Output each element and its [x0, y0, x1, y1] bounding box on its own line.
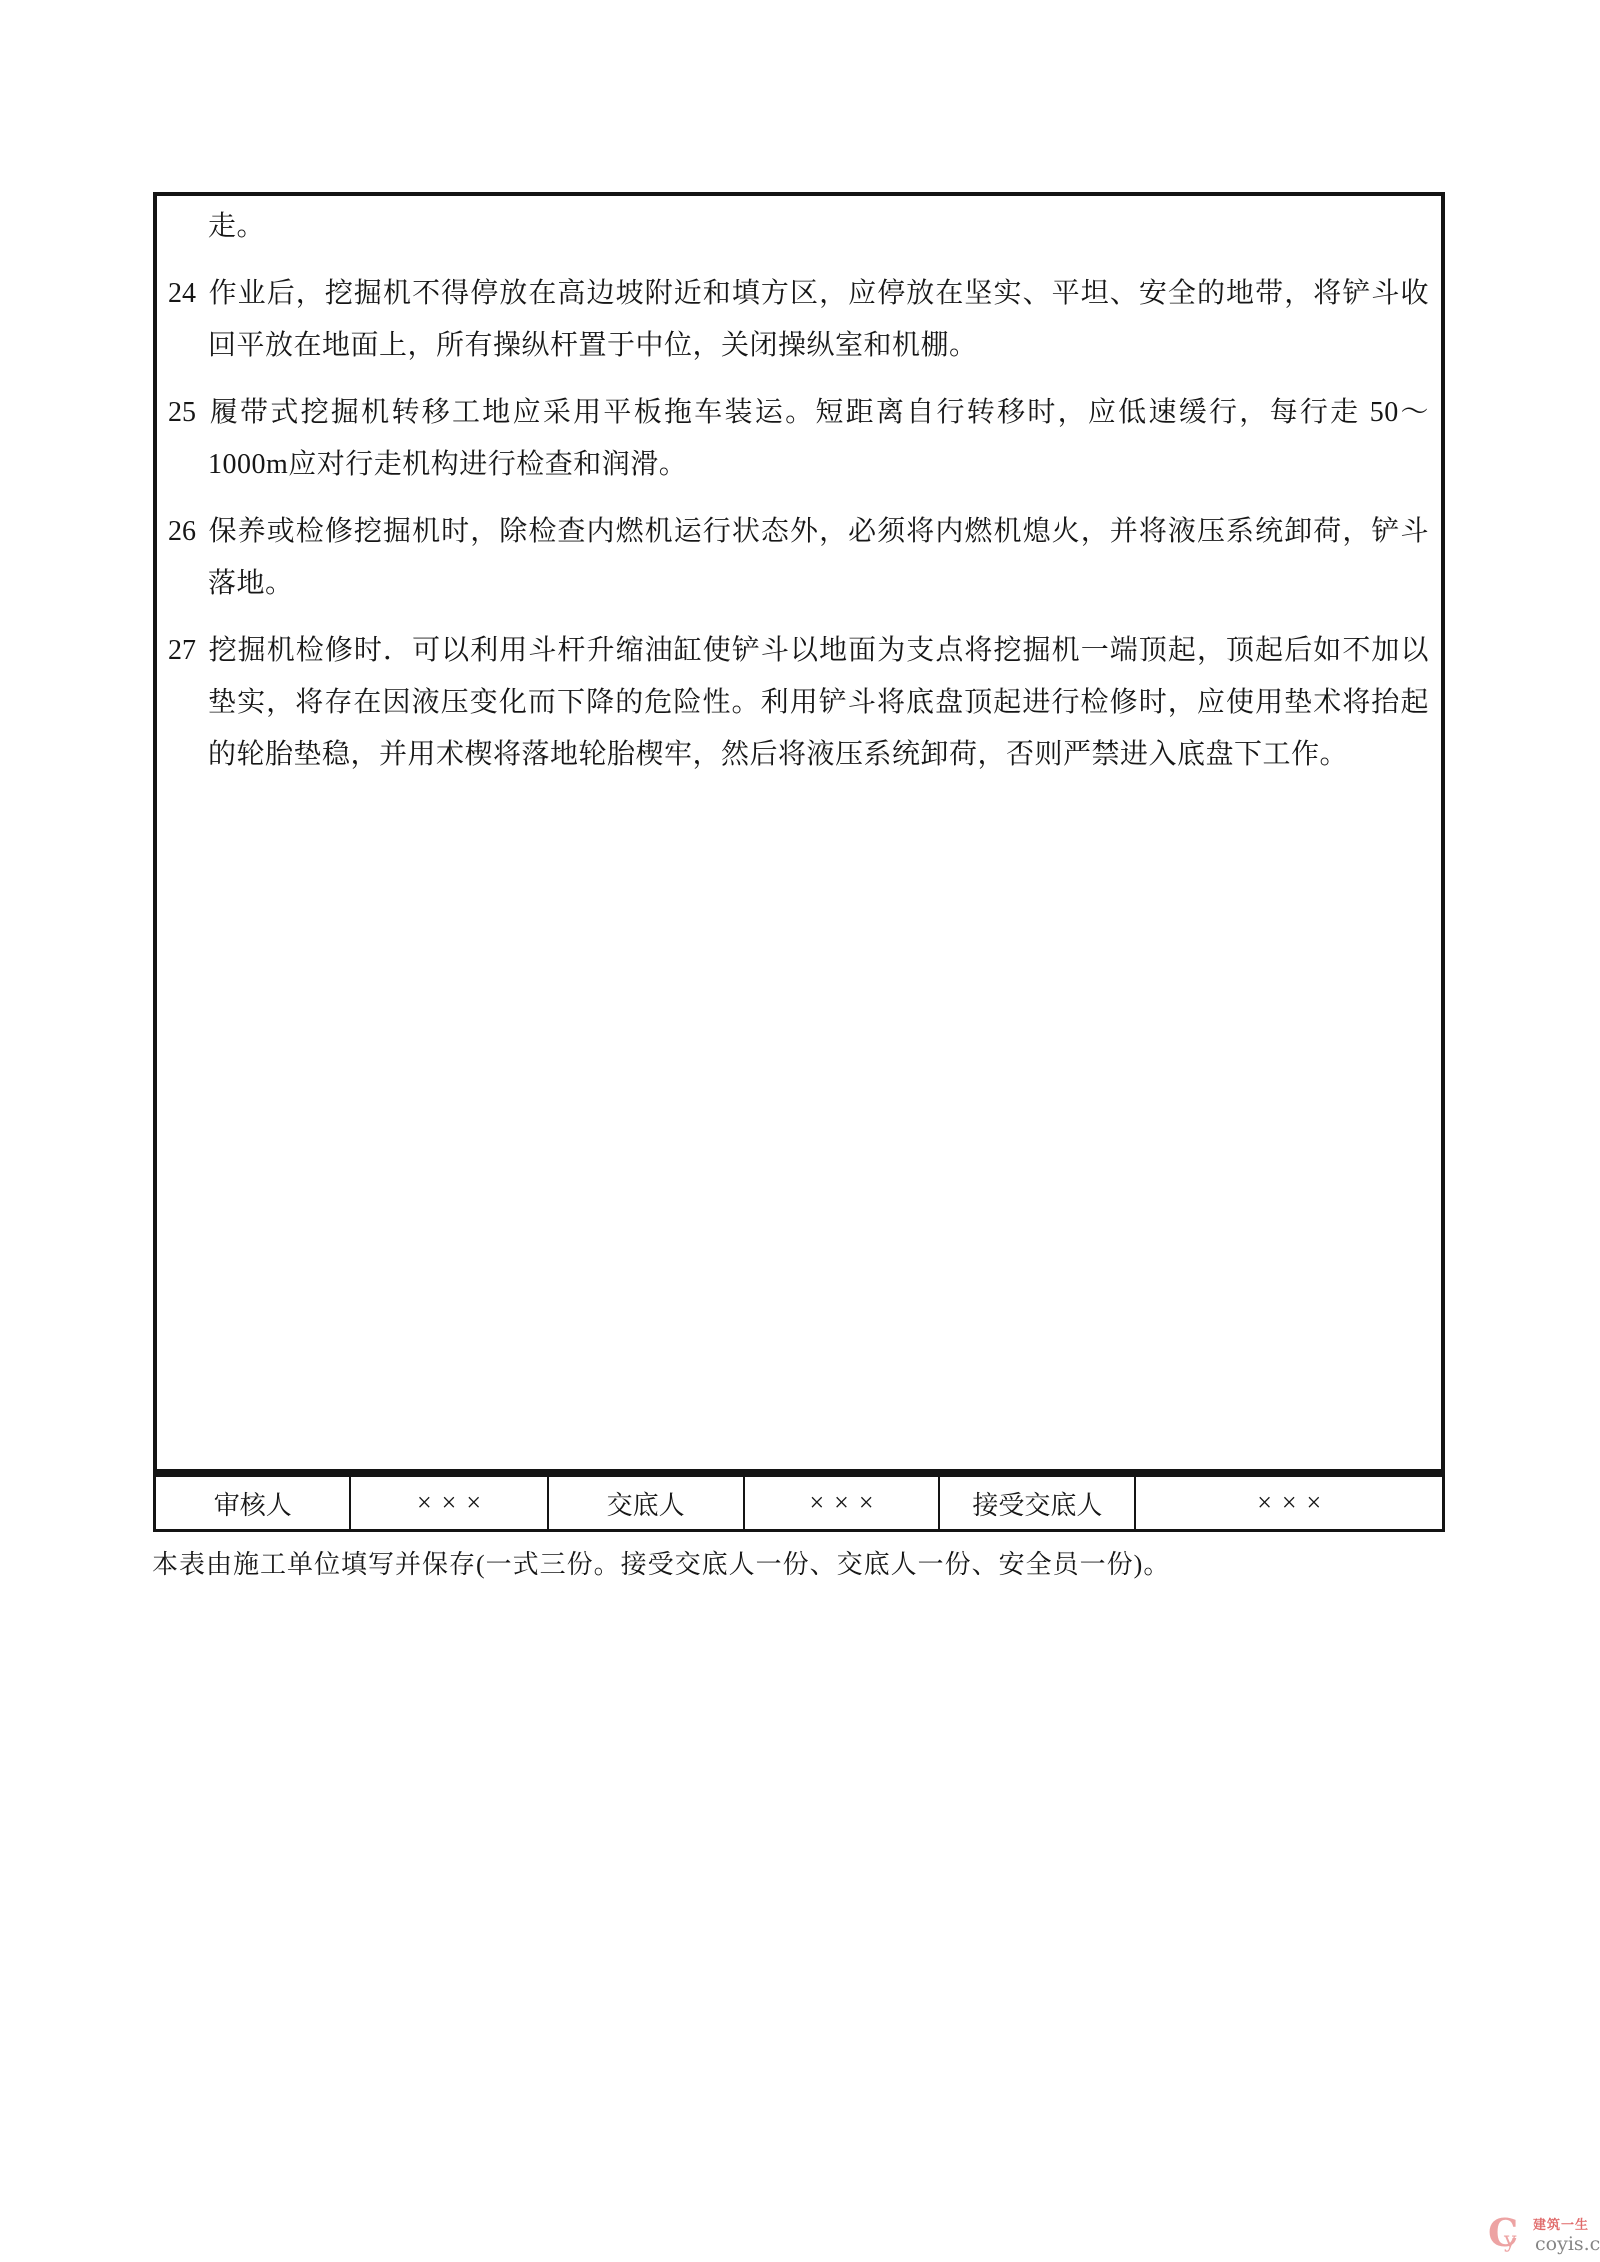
receiver-signature: ××× — [1135, 1475, 1443, 1531]
paragraph-text: 作业后，挖掘机不得停放在高边坡附近和填方区，应停放在坚实、平坦、安全的地带，将铲… — [208, 278, 1429, 361]
paragraph-continuation: 走。 — [168, 201, 1429, 253]
reviewer-signature: ××× — [350, 1475, 547, 1531]
list-item-25: 25履带式挖掘机转移工地应采用平板拖车装运。短距离自行转移时，应低速缓行，每行走… — [168, 387, 1429, 491]
signature-row: 审核人 ××× 交底人 ××× 接受交底人 ××× — [155, 1475, 1444, 1531]
logo-y-glyph: y — [1504, 2230, 1516, 2252]
paragraph-text: 挖掘机检修时．可以利用斗杆升缩油缸使铲斗以地面为支点将挖掘机一端顶起，顶起后如不… — [208, 635, 1429, 770]
paragraph-text: 履带式挖掘机转移工地应采用平板拖车装运。短距离自行转移时，应低速缓行，每行走 5… — [208, 397, 1429, 480]
discloser-label: 交底人 — [548, 1475, 744, 1531]
signature-table: 审核人 ××× 交底人 ××× 接受交底人 ××× — [153, 1473, 1445, 1532]
document-page: { "document": { "paragraphs": [ { "num":… — [0, 0, 1600, 2262]
watermark-site-text: coyis.com — [1535, 2234, 1600, 2254]
receiver-label: 接受交底人 — [939, 1475, 1135, 1531]
site-watermark: C y 建筑一生 coyis.com — [1488, 2214, 1600, 2260]
item-number: 24 — [168, 268, 208, 320]
paragraph-text: 保养或检修挖掘机时，除检查内燃机运行状态外，必须将内燃机熄火，并将液压系统卸荷，… — [208, 516, 1429, 599]
watermark-brand-text: 建筑一生 — [1533, 2218, 1589, 2231]
paragraph-text: 走。 — [208, 211, 265, 242]
content-box: 走。 24作业后，挖掘机不得停放在高边坡附近和填方区，应停放在坚实、平坦、安全的… — [153, 192, 1445, 1473]
item-number: 27 — [168, 625, 208, 677]
discloser-signature: ××× — [744, 1475, 940, 1531]
footer-note: 本表由施工单位填写并保存(一式三份。接受交底人一份、交底人一份、安全员一份)。 — [152, 1544, 1452, 1581]
list-item-27: 27挖掘机检修时．可以利用斗杆升缩油缸使铲斗以地面为支点将挖掘机一端顶起，顶起后… — [168, 625, 1429, 781]
item-number: 26 — [168, 506, 208, 558]
reviewer-label: 审核人 — [155, 1475, 351, 1531]
item-number: 25 — [168, 387, 208, 439]
list-item-24: 24作业后，挖掘机不得停放在高边坡附近和填方区，应停放在坚实、平坦、安全的地带，… — [168, 268, 1429, 372]
list-item-26: 26保养或检修挖掘机时，除检查内燃机运行状态外，必须将内燃机熄火，并将液压系统卸… — [168, 506, 1429, 610]
